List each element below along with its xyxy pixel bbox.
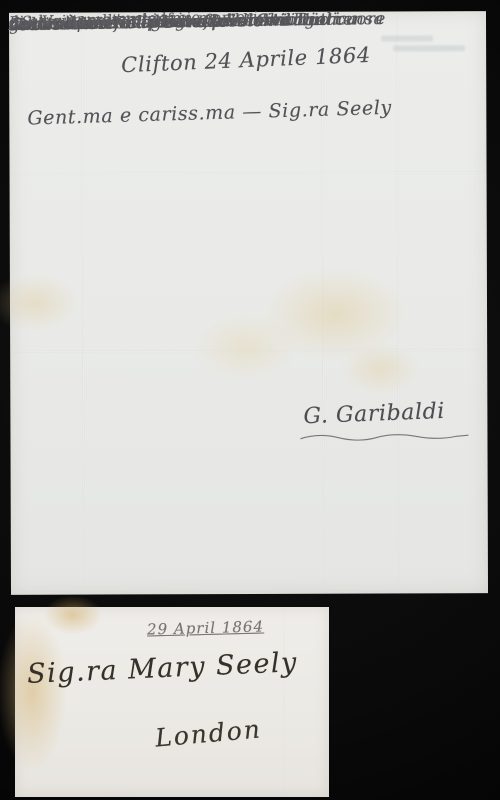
fold-crease-horizontal	[10, 171, 487, 175]
envelope-addressee: Sig.ra Mary Seely	[26, 647, 298, 690]
foxing-stain	[0, 273, 80, 333]
envelope-stain	[0, 612, 67, 772]
envelope-crease	[283, 607, 285, 797]
envelope-stain	[43, 595, 103, 635]
foxing-stain	[190, 312, 300, 382]
faint-archive-stamp	[381, 35, 465, 55]
signature-flourish	[298, 431, 470, 444]
scanned-letter-photo: Clifton 24 Aprile 1864 Gent.ma e cariss.…	[0, 0, 500, 800]
fold-crease-vertical	[396, 11, 400, 593]
foxing-stain	[260, 266, 410, 362]
letter-dateline: Clifton 24 Aprile 1864	[121, 43, 372, 77]
envelope-date: 29 April 1864	[147, 617, 264, 638]
envelope: 29 April 1864 Sig.ra Mary Seely London	[15, 607, 329, 797]
letter-page: Clifton 24 Aprile 1864 Gent.ma e cariss.…	[9, 11, 488, 595]
signature-garibaldi: G. Garibaldi	[303, 399, 445, 429]
fold-crease-vertical	[81, 13, 85, 595]
fold-crease-horizontal	[10, 349, 487, 353]
envelope-city: London	[154, 714, 263, 752]
